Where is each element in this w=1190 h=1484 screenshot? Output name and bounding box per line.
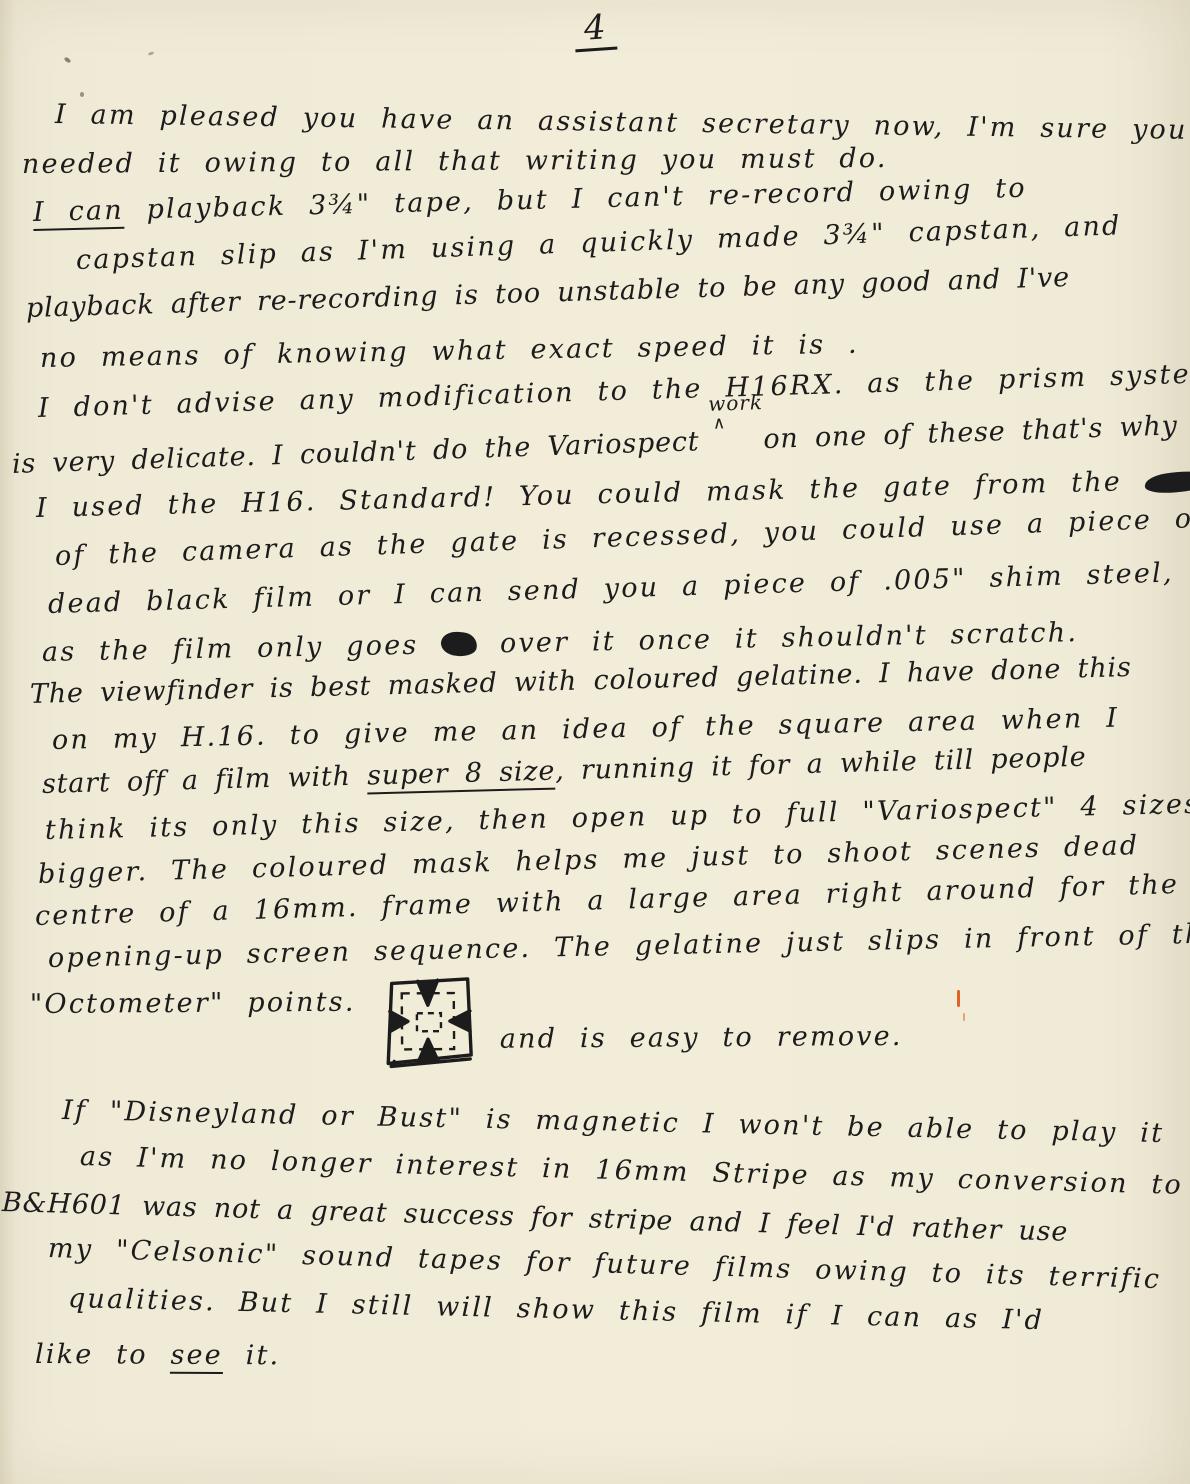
handwritten-text: If "Disneyland or Bust" is magnetic I wo…: [62, 1095, 1165, 1149]
handwritten-text: on one of these that's why: [763, 410, 1178, 455]
letter-body: I am pleased you have an assistant secre…: [0, 0, 1190, 1484]
handwritten-line: opening-up screen sequence. The gelatine…: [48, 919, 1190, 973]
handwritten-text: , running it for a while till people: [555, 742, 1087, 787]
handwritten-text: it.: [223, 1340, 281, 1371]
handwritten-line: "Octometer" points.and is easy to remove…: [30, 984, 903, 1074]
handwritten-line: like to see it.: [35, 1340, 281, 1371]
underlined-text: super 8 size: [367, 756, 556, 795]
handwritten-text: needed it owing to all that writing you …: [22, 143, 888, 180]
handwritten-line: If "Disneyland or Bust" is magnetic I wo…: [62, 1096, 1165, 1149]
handwritten-line: dead black film or I can send you a piec…: [48, 559, 1174, 620]
handwritten-text: qualities. But I still will show this fi…: [68, 1283, 1045, 1336]
handwritten-text: as the film only goes: [42, 629, 442, 668]
handwritten-line: I am pleased you have an assistant secre…: [55, 100, 1188, 145]
handwritten-text: start off a film with: [42, 760, 368, 800]
letter-page: 4 I am pleased you have an assistant sec…: [0, 0, 1190, 1484]
handwritten-text: like to: [35, 1339, 171, 1371]
handwritten-text: dead black film or I can send you a piec…: [48, 558, 1175, 620]
insertion-caret-icon: ∧: [712, 414, 726, 433]
ink-blot: [440, 630, 478, 657]
handwritten-text: and is easy to remove.: [500, 1022, 903, 1054]
handwritten-text: I am pleased you have an assistant secre…: [55, 99, 1188, 146]
handwritten-text: over it once it shouldn't scratch.: [477, 617, 1078, 660]
handwritten-line: qualities. But I still will show this fi…: [68, 1284, 1045, 1336]
handwritten-text: "Octometer" points.: [30, 988, 356, 1020]
inserted-word: work∧: [699, 421, 764, 450]
handwritten-line: no means of knowing what exact speed it …: [40, 330, 859, 374]
ink-blot: [1144, 469, 1190, 495]
handwritten-text: is very delicate. I couldn't do the Vari…: [12, 426, 700, 480]
gate-mask-sketch: [377, 971, 478, 1072]
handwritten-line: needed it owing to all that writing you …: [22, 144, 888, 180]
handwritten-text: no means of knowing what exact speed it …: [40, 329, 859, 374]
underlined-text: see: [170, 1340, 223, 1374]
underlined-text: I can: [33, 195, 125, 231]
